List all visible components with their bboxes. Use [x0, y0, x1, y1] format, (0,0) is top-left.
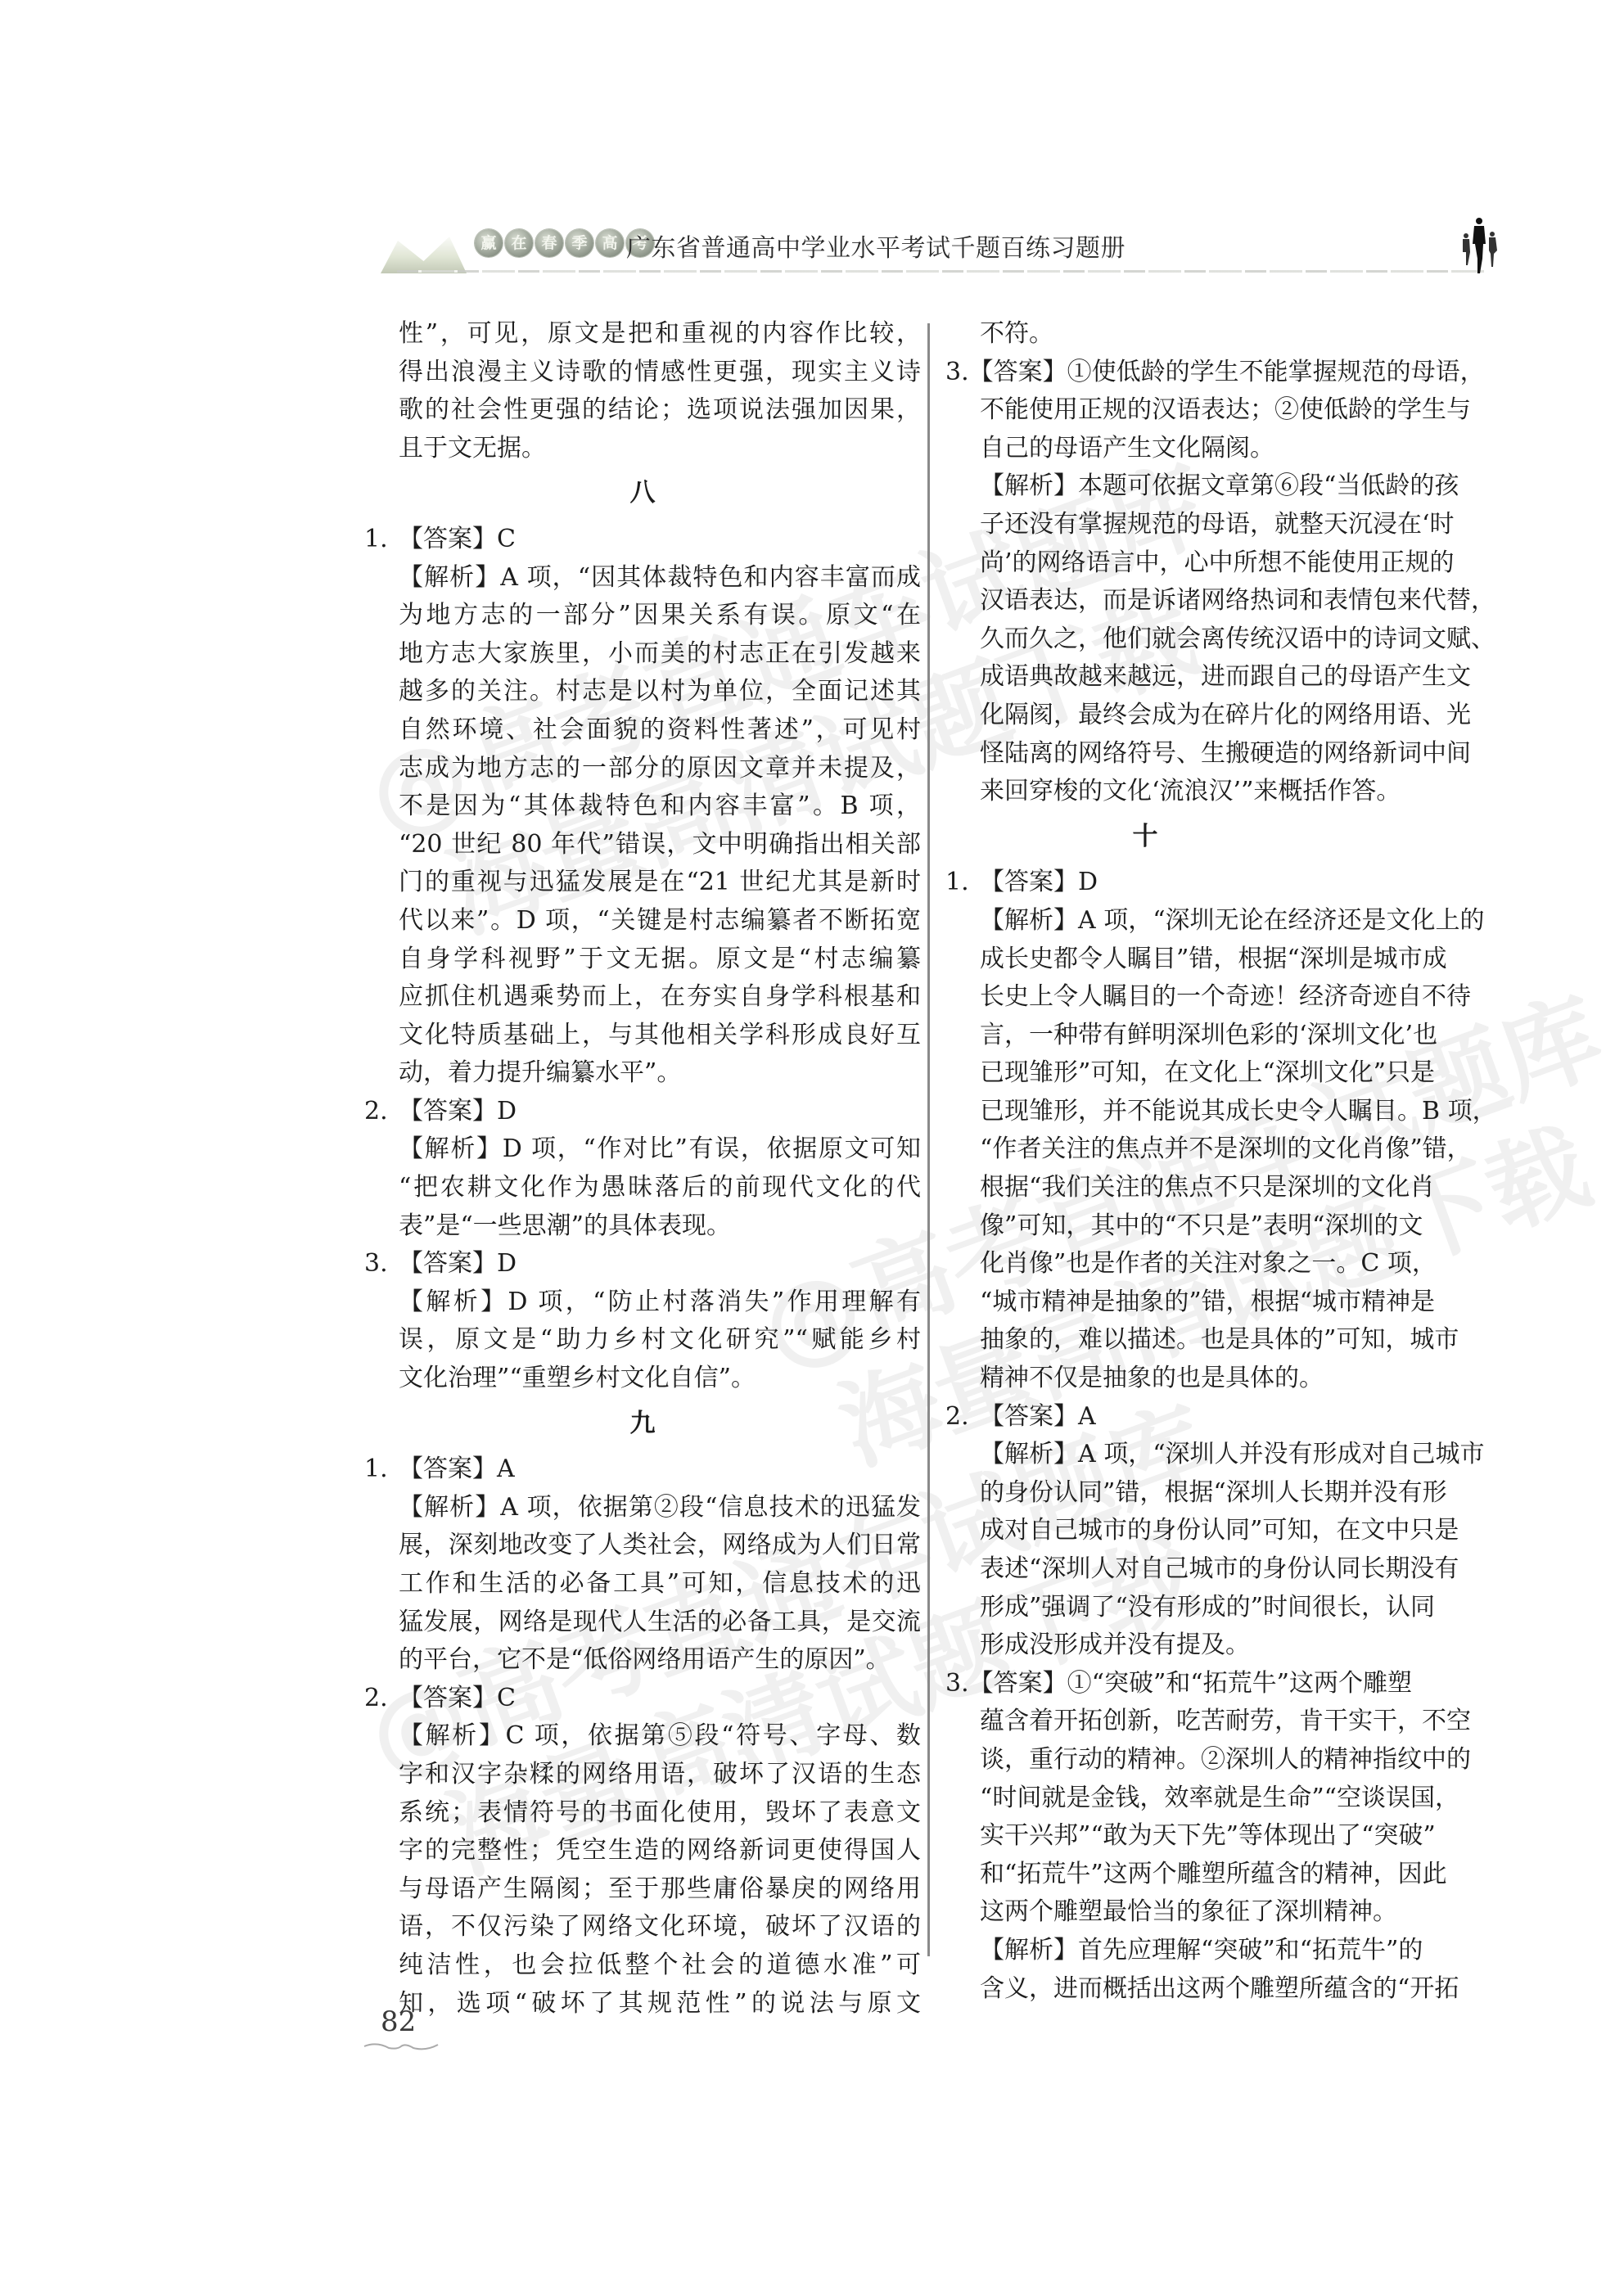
analysis: 【解析】D 项，“作对比”有误，依据原文可知 “把农耕文化作为愚昧落后的前现代文…: [364, 1130, 921, 1245]
question-number: 1.: [945, 864, 980, 902]
question-item: 1.【答案】A 【解析】A 项，依据第②段“信息技术的迅猛发 展，深刻地改变了人…: [364, 1450, 921, 1680]
answer-label: 【答案】A: [399, 1455, 515, 1483]
answer-label: 【答案】C: [399, 525, 516, 553]
question-number: 3.: [945, 354, 969, 392]
question-item: 1.【答案】D 【解析】A 项，“深圳无论在经济还是文化上的 成长史都令人瞩目”…: [945, 864, 1345, 1397]
answer-label: 【答案】D: [980, 868, 1098, 896]
answer-label: 【答案】A: [980, 1402, 1096, 1431]
series-badge: 赢: [475, 229, 503, 257]
ornament-icon: [360, 2041, 442, 2051]
continued-paragraph: 性”，可见，原文是把和重视的内容作比较， 得出浪漫主义诗歌的情感性更强，现实主义…: [364, 315, 921, 467]
page-number: 82: [381, 2005, 416, 2038]
series-badge: 高: [596, 229, 624, 257]
analysis: 【解析】A 项，“深圳人并没有形成对自己城市 的身份认同”错，根据“深圳人长期并…: [945, 1436, 1345, 1665]
column-divider: [927, 323, 930, 1956]
question-item: 2.【答案】A 【解析】A 项，“深圳人并没有形成对自己城市 的身份认同”错，根…: [945, 1398, 1345, 1665]
analysis: 【解析】C 项，依据第⑤段“符号、字母、数 字和汉字杂糅的网络用语，破坏了汉语的…: [364, 1717, 921, 2023]
question-item: 1.【答案】C 【解析】A 项，“因其体裁特色和内容丰富而成 为地方志的一部分”…: [364, 521, 921, 1093]
analysis: 【解析】A 项，“深圳无论在经济还是文化上的 成长史都令人瞩目”错，根据“深圳是…: [945, 902, 1345, 1398]
answer-label: 【答案】①“突破”和“拓荒牛”这两个雕塑: [969, 1665, 1412, 1703]
section-heading: 八: [364, 474, 921, 512]
question-number: 1.: [364, 521, 399, 559]
analysis: 【解析】A 项，“因其体裁特色和内容丰富而成 为地方志的一部分”因果关系有误。原…: [364, 559, 921, 1093]
question-item: 3.【答案】①使低龄的学生不能掌握规范的母语， 不能使用正规的汉语表达；②使低龄…: [945, 354, 1345, 811]
open-book-icon: [381, 232, 467, 273]
book-title: 广东省普通高中学业水平考试千题百练习题册: [626, 228, 1126, 264]
right-column: 不符。 3.【答案】①使低龄的学生不能掌握规范的母语， 不能使用正规的汉语表达；…: [945, 315, 1345, 2008]
question-item: 2.【答案】C 【解析】C 项，依据第⑤段“符号、字母、数 字和汉字杂糅的网络用…: [364, 1680, 921, 2023]
series-badge: 春: [535, 229, 563, 257]
section-heading: 十: [945, 818, 1345, 856]
question-number: 2.: [945, 1398, 980, 1437]
series-badge: 在: [505, 229, 533, 257]
question-number: 3.: [945, 1665, 969, 1703]
continued-paragraph: 不符。: [945, 315, 1345, 354]
running-header: 赢 在 春 季 高 考 广东省普通高中学业水平考试千题百练习题册: [364, 214, 1518, 288]
analysis: 【解析】A 项，依据第②段“信息技术的迅猛发 展，深刻地改变了人类社会，网络成为…: [364, 1489, 921, 1680]
question-number: 3.: [364, 1245, 399, 1283]
series-badge: 季: [566, 229, 593, 257]
question-number: 2.: [364, 1680, 399, 1718]
question-number: 2.: [364, 1093, 399, 1131]
question-item: 3.【答案】①“突破”和“拓荒牛”这两个雕塑 蕴含着开拓创新，吃苦耐劳，肯干实干…: [945, 1665, 1345, 2008]
answer-label: 【答案】D: [399, 1097, 517, 1125]
answer-label: 【答案】①使低龄的学生不能掌握规范的母语，: [969, 354, 1485, 392]
answer-label: 【答案】D: [399, 1249, 517, 1278]
text-line: 且于文无据。: [399, 430, 921, 468]
question-item: 2.【答案】D 【解析】D 项，“作对比”有误，依据原文可知 “把农耕文化作为愚…: [364, 1093, 921, 1245]
text-line: 得出浪漫主义诗歌的情感性更强，现实主义诗: [399, 354, 921, 392]
left-column: 性”，可见，原文是把和重视的内容作比较， 得出浪漫主义诗歌的情感性更强，现实主义…: [364, 315, 921, 2023]
question-number: 1.: [364, 1450, 399, 1489]
analysis: 【解析】本题可依据文章第⑥段“当低龄的孩 子还没有掌握规范的母语，就整天沉浸在‘…: [945, 467, 1345, 810]
runners-icon: [1456, 216, 1502, 275]
section-heading: 九: [364, 1405, 921, 1443]
text-line: 歌的社会性更强的结论；选项说法强加因果，: [399, 391, 921, 430]
question-item: 3.【答案】D 【解析】D 项，“防止村落消失”作用理解有 误，原文是“助力乡村…: [364, 1245, 921, 1397]
answer-label: 【答案】C: [399, 1684, 516, 1712]
text-line: 性”，可见，原文是把和重视的内容作比较，: [399, 315, 921, 354]
header-rule: [397, 270, 1486, 273]
analysis: 【解析】首先应理解“突破”和“拓荒牛”的 含义，进而概括出这两个雕塑所蕴含的“开…: [945, 1932, 1345, 2008]
analysis: 【解析】D 项，“防止村落消失”作用理解有 误，原文是“助力乡村文化研究”“赋能…: [364, 1283, 921, 1398]
